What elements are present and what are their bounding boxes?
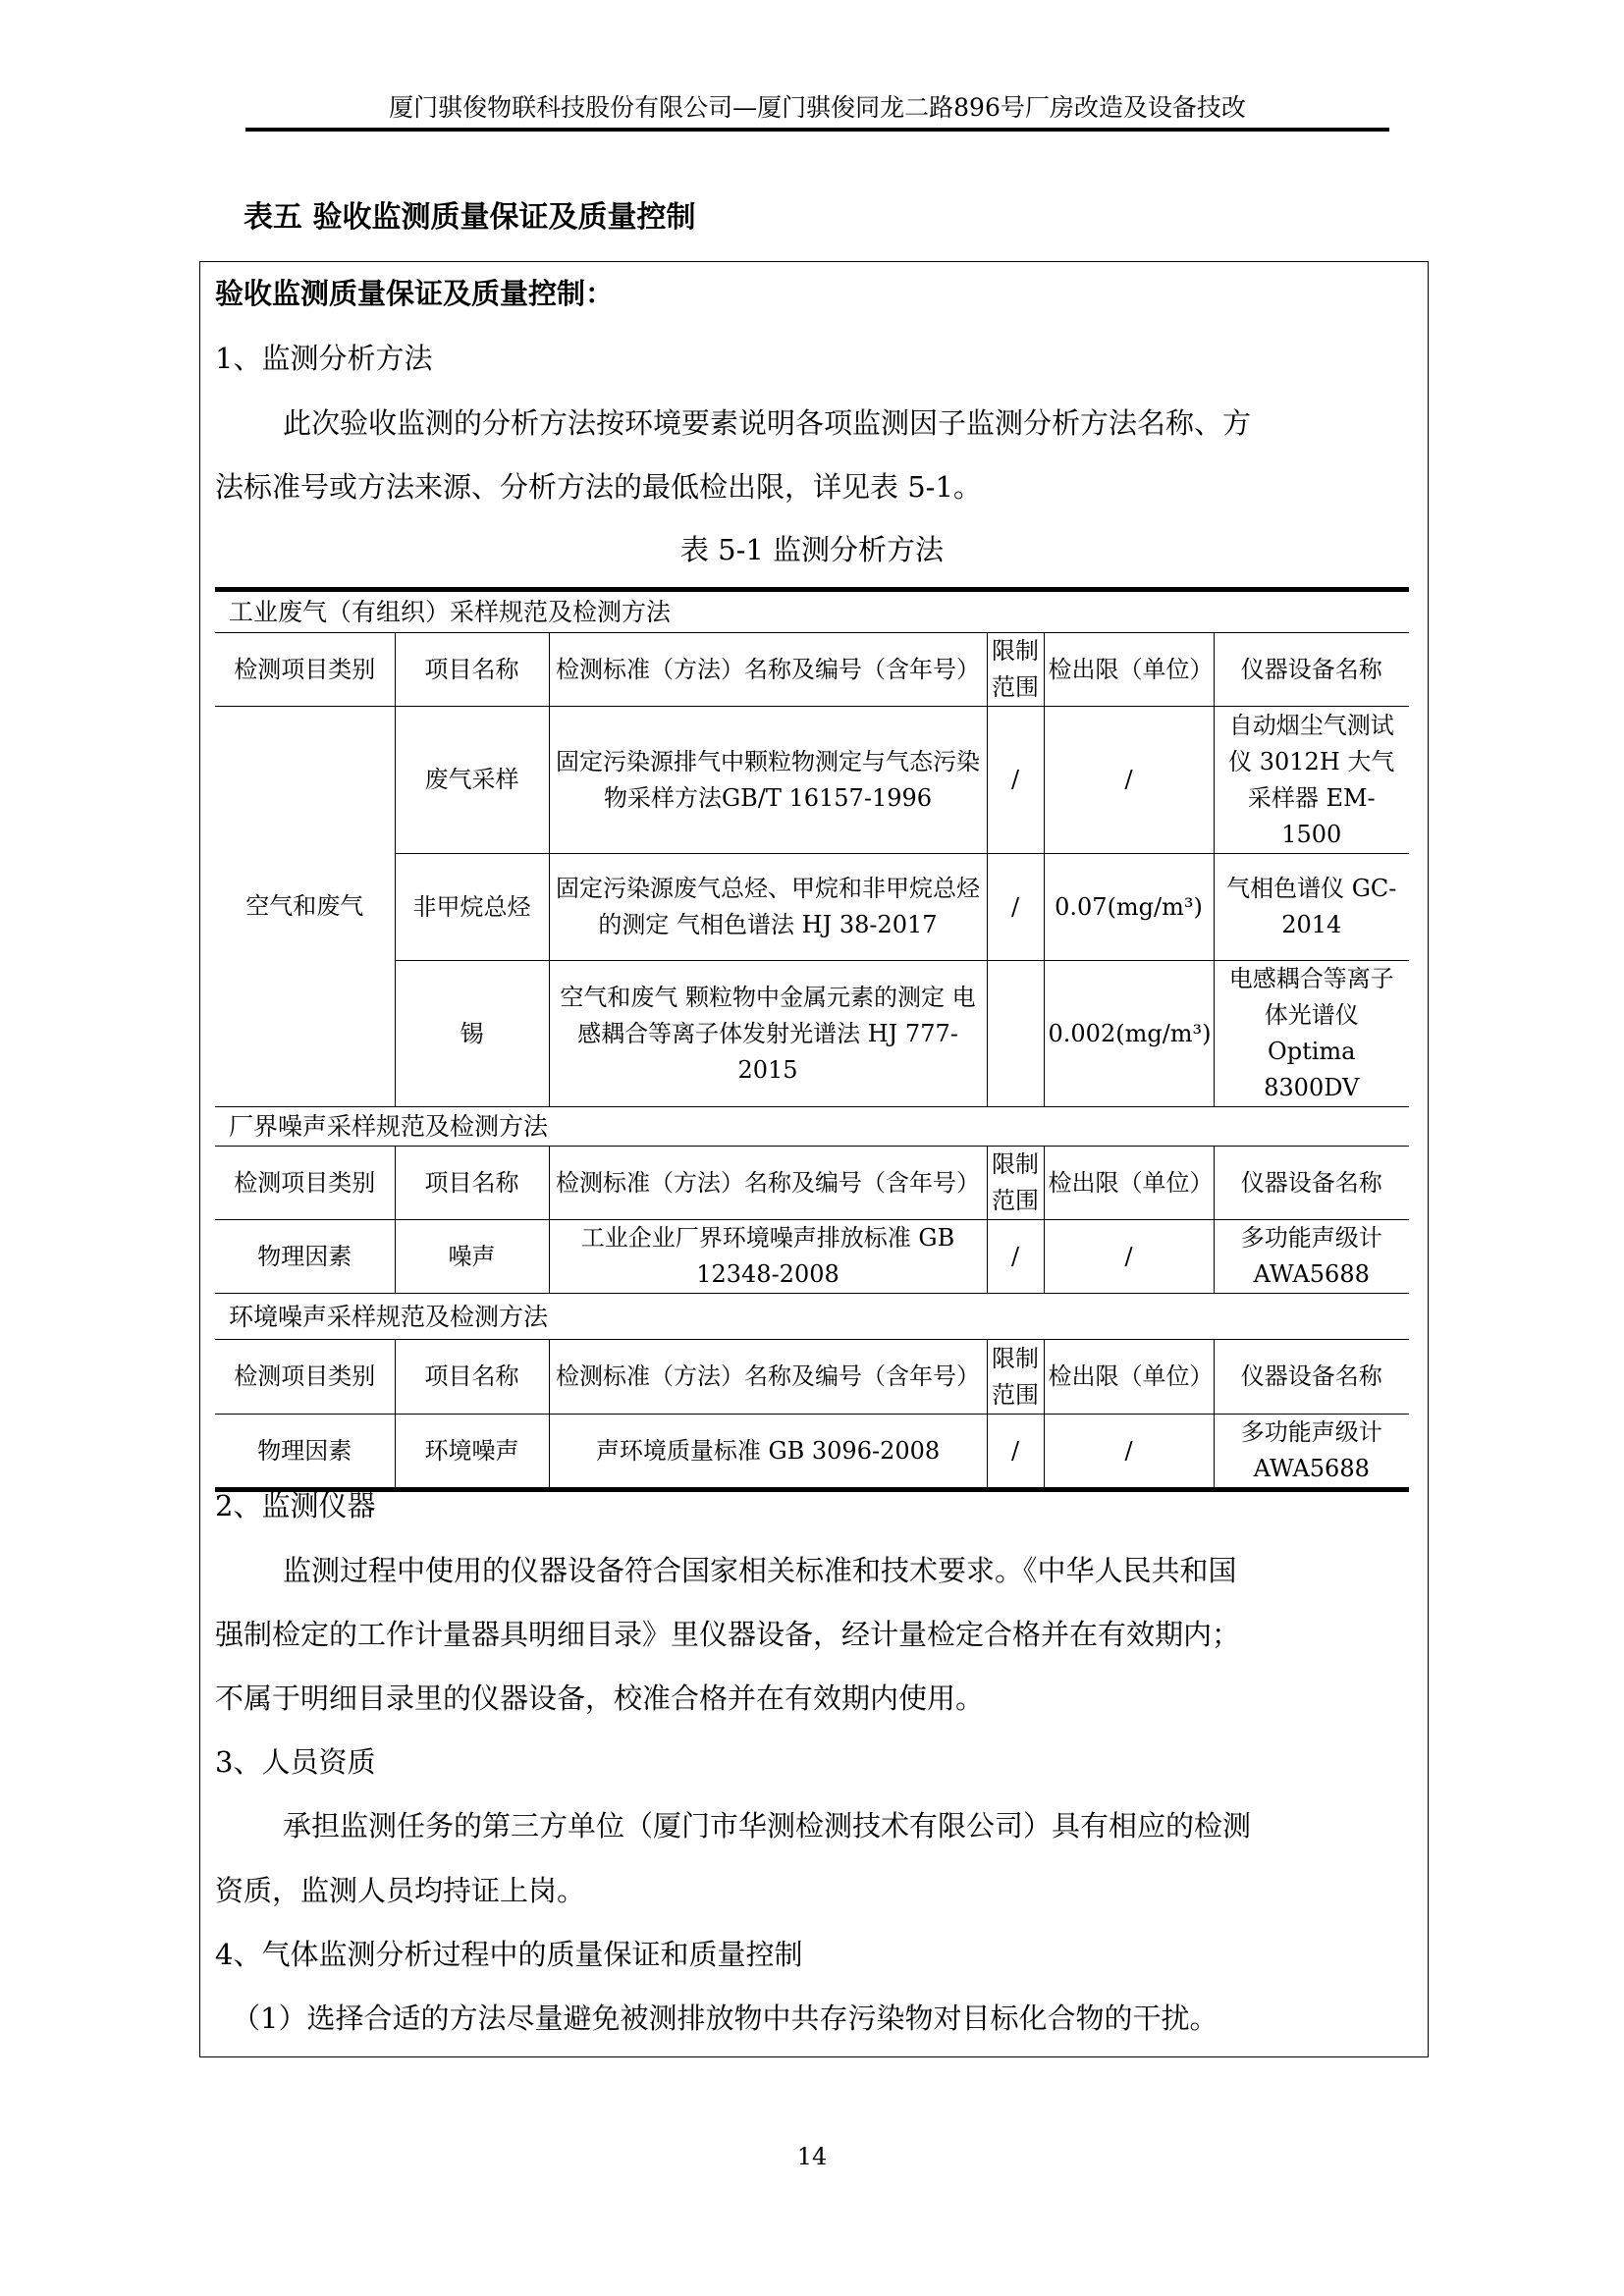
header-category: 检测项目类别 bbox=[215, 633, 395, 707]
header-limit-range: 限制范围 bbox=[987, 633, 1044, 707]
category-cell: 物理因素 bbox=[215, 1220, 395, 1294]
item-cell: 环境噪声 bbox=[395, 1415, 549, 1490]
running-header: 厦门骐俊物联科技股份有限公司—厦门骐俊同龙二路896号厂房改造及设备技改 bbox=[245, 88, 1389, 124]
header-instrument: 仪器设备名称 bbox=[1214, 633, 1409, 707]
header-instrument: 仪器设备名称 bbox=[1214, 1147, 1409, 1220]
section-3-line-2: 资质，监测人员均持证上岗。 bbox=[215, 1869, 585, 1909]
instrument-cell: 电感耦合等离子体光谱仪 Optima 8300DV bbox=[1214, 961, 1409, 1107]
detection-limit-cell: / bbox=[1044, 707, 1214, 854]
section-2-line-2: 强制检定的工作计量器具明细目录》里仪器设备，经计量检定合格并在有效期内； bbox=[215, 1613, 1240, 1653]
category-cell: 物理因素 bbox=[215, 1415, 395, 1490]
instrument-cell: 自动烟尘气测试仪 3012H 大气采样器 EM-1500 bbox=[1214, 707, 1409, 854]
table-row: 物理因素 噪声 工业企业厂界环境噪声排放标准 GB 12348-2008 / /… bbox=[215, 1220, 1409, 1294]
header-standard: 检测标准（方法）名称及编号（含年号） bbox=[549, 1147, 987, 1220]
page-number: 14 bbox=[0, 2143, 1624, 2170]
standard-cell: 固定污染源废气总烃、甲烷和非甲烷总烃的测定 气相色谱法 HJ 38-2017 bbox=[549, 854, 987, 961]
table-caption: 表 5-1 监测分析方法 bbox=[215, 528, 1409, 568]
section-2-title: 2、监测仪器 bbox=[215, 1484, 375, 1524]
standard-cell: 空气和废气 颗粒物中金属元素的测定 电感耦合等离子体发射光谱法 HJ 777-2… bbox=[549, 961, 987, 1107]
detection-limit-cell: / bbox=[1044, 1220, 1214, 1294]
header-item: 项目名称 bbox=[395, 1340, 549, 1415]
item-cell: 噪声 bbox=[395, 1220, 549, 1294]
header-detection-limit: 检出限（单位） bbox=[1044, 1340, 1214, 1415]
standard-cell: 固定污染源排气中颗粒物测定与气态污染物采样方法GB/T 16157-1996 bbox=[549, 707, 987, 854]
section-2-line-1: 监测过程中使用的仪器设备符合国家相关标准和技术要求。《中华人民共和国 bbox=[283, 1549, 1237, 1589]
instrument-cell: 气相色谱仪 GC-2014 bbox=[1214, 854, 1409, 961]
header-item: 项目名称 bbox=[395, 1147, 549, 1220]
limit-range-cell: / bbox=[987, 1220, 1044, 1294]
standard-cell: 声环境质量标准 GB 3096-2008 bbox=[549, 1415, 987, 1490]
section-1-paragraph-line-1: 此次验收监测的分析方法按环境要素说明各项监测因子监测分析方法名称、方 bbox=[283, 401, 1251, 442]
section-3-line-1: 承担监测任务的第三方单位（厦门市华测检测技术有限公司）具有相应的检测 bbox=[283, 1804, 1251, 1844]
instrument-cell: 多功能声级计 AWA5688 bbox=[1214, 1415, 1409, 1490]
limit-range-cell: / bbox=[987, 707, 1044, 854]
header-limit-range: 限制范围 bbox=[987, 1340, 1044, 1415]
section-4-item-1: （1）选择合适的方法尽量避免被测排放物中共存污染物对目标化合物的干扰。 bbox=[232, 1997, 1218, 2037]
header-limit-range: 限制范围 bbox=[987, 1147, 1044, 1220]
section-1-title: 1、监测分析方法 bbox=[215, 337, 432, 377]
table-row: 物理因素 环境噪声 声环境质量标准 GB 3096-2008 / / 多功能声级… bbox=[215, 1415, 1409, 1490]
section-title: 表五 验收监测质量保证及质量控制 bbox=[244, 192, 695, 236]
section-title-environmental-noise: 环境噪声采样规范及检测方法 bbox=[215, 1294, 1409, 1340]
section-3-title: 3、人员资质 bbox=[215, 1740, 375, 1781]
item-cell: 锡 bbox=[395, 961, 549, 1107]
monitoring-methods-table: 工业废气（有组织）采样规范及检测方法 检测项目类别 项目名称 检测标准（方法）名… bbox=[215, 587, 1409, 1492]
section-title-industrial-gas: 工业废气（有组织）采样规范及检测方法 bbox=[215, 590, 1409, 633]
limit-range-cell: / bbox=[987, 1415, 1044, 1490]
item-cell: 非甲烷总烃 bbox=[395, 854, 549, 961]
header-detection-limit: 检出限（单位） bbox=[1044, 633, 1214, 707]
detection-limit-cell: 0.07(mg/m³) bbox=[1044, 854, 1214, 961]
item-cell: 废气采样 bbox=[395, 707, 549, 854]
header-item: 项目名称 bbox=[395, 633, 549, 707]
header-standard: 检测标准（方法）名称及编号（含年号） bbox=[549, 633, 987, 707]
header-category: 检测项目类别 bbox=[215, 1147, 395, 1220]
limit-range-cell: / bbox=[987, 854, 1044, 961]
detection-limit-cell: / bbox=[1044, 1415, 1214, 1490]
section-1-paragraph-line-2: 法标准号或方法来源、分析方法的最低检出限，详见表 5-1。 bbox=[215, 465, 982, 506]
standard-cell: 工业企业厂界环境噪声排放标准 GB 12348-2008 bbox=[549, 1220, 987, 1294]
box-heading: 验收监测质量保证及质量控制： bbox=[215, 272, 614, 312]
header-instrument: 仪器设备名称 bbox=[1214, 1340, 1409, 1415]
instrument-cell: 多功能声级计 AWA5688 bbox=[1214, 1220, 1409, 1294]
header-rule bbox=[245, 128, 1389, 132]
header-category: 检测项目类别 bbox=[215, 1340, 395, 1415]
section-4-title: 4、气体监测分析过程中的质量保证和质量控制 bbox=[215, 1933, 802, 1973]
limit-range-cell bbox=[987, 961, 1044, 1107]
category-cell: 空气和废气 bbox=[215, 707, 395, 1107]
table-row: 空气和废气 废气采样 固定污染源排气中颗粒物测定与气态污染物采样方法GB/T 1… bbox=[215, 707, 1409, 854]
table-row: 锡 空气和废气 颗粒物中金属元素的测定 电感耦合等离子体发射光谱法 HJ 777… bbox=[215, 961, 1409, 1107]
table-row: 非甲烷总烃 固定污染源废气总烃、甲烷和非甲烷总烃的测定 气相色谱法 HJ 38-… bbox=[215, 854, 1409, 961]
detection-limit-cell: 0.002(mg/m³) bbox=[1044, 961, 1214, 1107]
section-title-boundary-noise: 厂界噪声采样规范及检测方法 bbox=[215, 1107, 1409, 1147]
section-2-line-3: 不属于明细目录里的仪器设备，校准合格并在有效期内使用。 bbox=[215, 1677, 984, 1717]
header-standard: 检测标准（方法）名称及编号（含年号） bbox=[549, 1340, 987, 1415]
header-detection-limit: 检出限（单位） bbox=[1044, 1147, 1214, 1220]
